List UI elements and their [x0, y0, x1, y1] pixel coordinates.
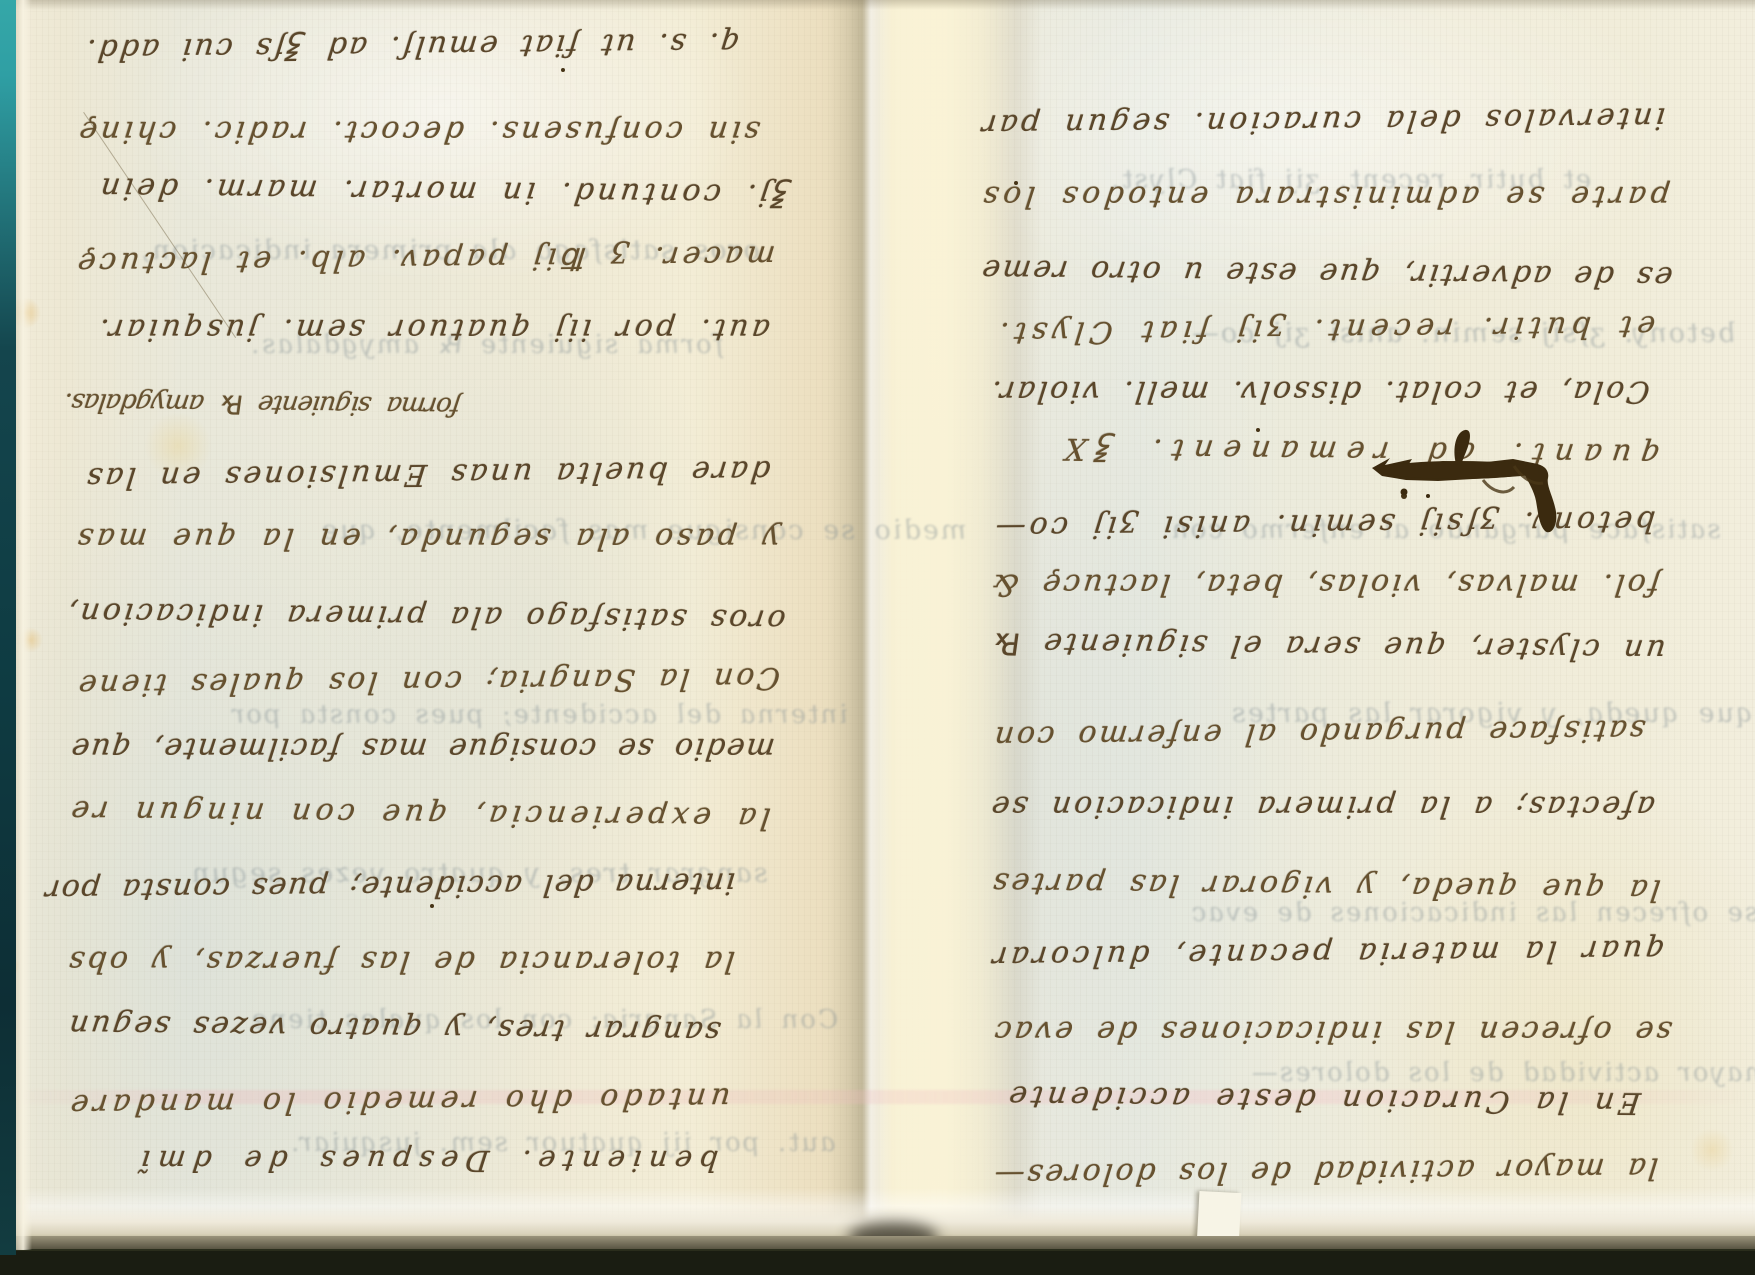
manuscript-line: beniente. Despues de dmĩ [132, 1144, 720, 1178]
manuscript-line: afectas; a la primera indicacion se [987, 789, 1657, 824]
book-cover-bottom [0, 1249, 1755, 1275]
book-cover-edge-left [0, 0, 16, 1255]
manuscript-line: la mayor actividad de los dolores— [990, 1150, 1660, 1192]
manuscript-line: q. s. ut fiat emulſ. ad ℥ſs cui add. [82, 26, 742, 68]
manuscript-line: la que queda, y vigorar las partes [987, 866, 1662, 908]
manuscript-line: medio se consigue mas facilmente, que [68, 731, 777, 766]
manuscript-line: y paso ala segunda, en la que mas [72, 521, 782, 556]
manuscript-line: sin confusens. decoct. radic. chinȩ [74, 114, 762, 149]
manuscript-line: Con la Sangria; con los quales tiene [74, 660, 782, 702]
manuscript-line: un clyster, que sera el siguiente ℞ [987, 625, 1667, 667]
manuscript-line: la tolerancia de las fuerzas, y obs [64, 944, 737, 979]
manuscript-scan: oros satisfago ala primera indicacion,fo… [0, 0, 1755, 1275]
scan-top-shadow [0, 0, 1755, 10]
manuscript-line: interna del accidente; pues consta por [42, 865, 737, 907]
manuscript-line: untado dho remedio lo mandare [64, 1081, 732, 1123]
ink-blot [1368, 428, 1558, 548]
manuscript-line: fol. malvas, violas, beta, lactucȩ & [987, 567, 1662, 602]
manuscript-line: quar la materia pecante, dulcorar [987, 932, 1667, 974]
manuscript-line: ℥j. contund. in mortar. marm. dein [94, 170, 792, 212]
manuscript-line: aut. por iij quatuor sem. jusquiar. [94, 312, 772, 347]
manuscript-line: et butir. recent. ʒij fiat Clyst. [992, 309, 1657, 351]
manuscript-line: En la Curacion deste accidente [1002, 1079, 1642, 1121]
manuscript-line: dare buelta unas Emulsiones en las [82, 453, 772, 495]
manuscript-line: es de advertir, que este u otro reme [977, 252, 1674, 294]
manuscript-line: parte se administrara entodos los [977, 179, 1672, 214]
manuscript-line: quant. ad remanent. ℥X [1052, 431, 1662, 472]
manuscript-line: la experiencia, que con ningun re [64, 793, 772, 835]
manuscript-line: se ofrecen las indicaciones de evac [990, 1014, 1674, 1049]
show-through-text: interna del accidente; pues consta por [228, 700, 849, 730]
manuscript-line: intervalos dela curacion. segun par [977, 100, 1667, 142]
manuscript-line: sangrar tres, y quatro vezes segun [64, 1008, 722, 1050]
manuscript-line: satisface purgando al enfermo con [990, 713, 1647, 755]
manuscript-line: Cola, et colat. dissolv. mell. violar. [987, 374, 1652, 409]
manuscript-line: forma siguiente ℞ amygdalas. [63, 387, 462, 421]
manuscript-line: macer. ʒ ℔ij papav. alb. et lactucȩ [72, 238, 777, 280]
